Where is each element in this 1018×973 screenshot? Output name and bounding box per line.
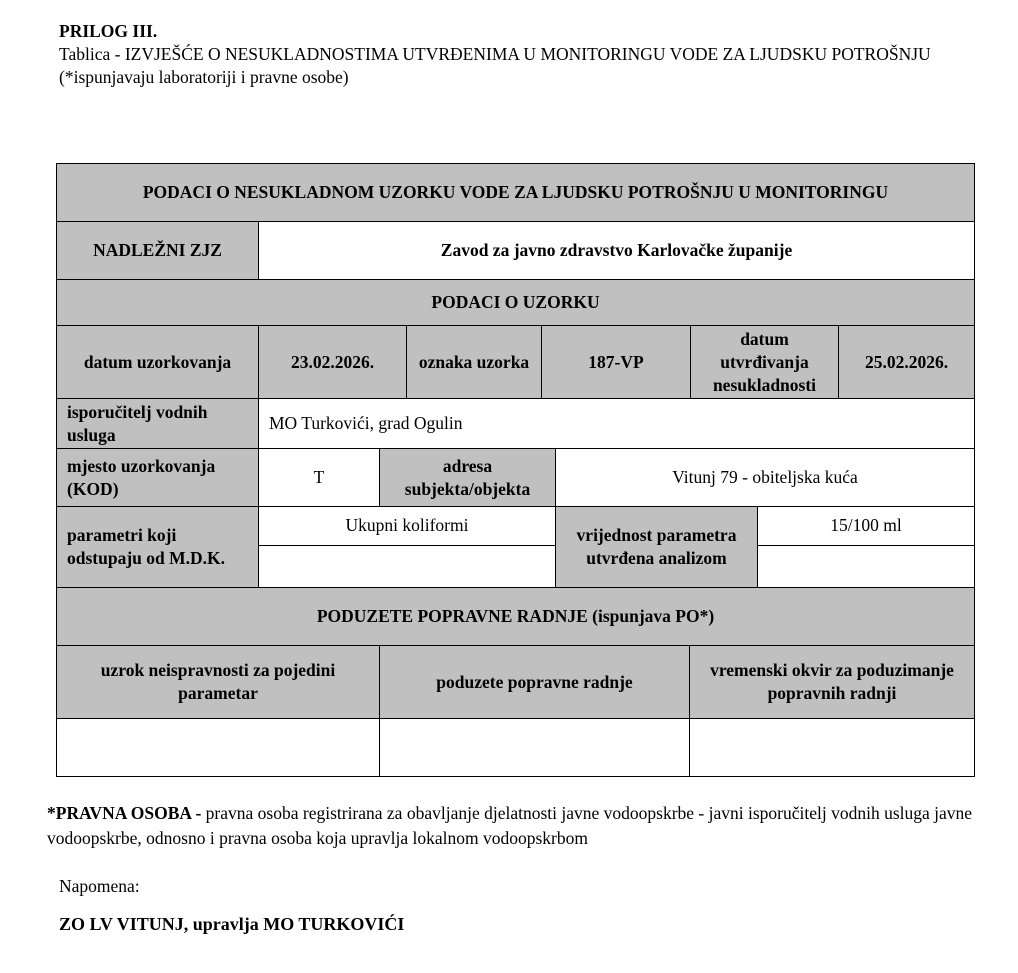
header-note: (*ispunjavaju laboratoriji i pravne osob… (59, 66, 959, 89)
footnote-term: *PRAVNA OSOBA - (47, 803, 201, 823)
table-label: Tablica - IZVJEŠĆE O NESUKLADNOSTIMA UTV… (59, 43, 959, 66)
zjz-label: NADLEŽNI ZJZ (56, 221, 259, 280)
actions-header-timeframe: vremenski okvir za poduzimanje popravnih… (689, 645, 975, 719)
remark-label: Napomena: (59, 876, 140, 897)
address-label: adresa subjekta/objekta (379, 448, 556, 507)
actions-section-title: PODUZETE POPRAVNE RADNJE (ispunjava PO*) (56, 587, 975, 646)
nonconformity-date-label: datum utvrđivanja nesukladnosti (690, 325, 839, 399)
actions-actions-cell (379, 718, 690, 777)
sample-id-value: 187-VP (541, 325, 691, 399)
nonconformity-date-value: 25.02.2026. (838, 325, 975, 399)
document-header: PRILOG III. Tablica - IZVJEŠĆE O NESUKLA… (59, 20, 959, 89)
sampling-date-value: 23.02.2026. (258, 325, 407, 399)
annex-title: PRILOG III. (59, 20, 959, 43)
footnote: *PRAVNA OSOBA - pravna osoba registriran… (47, 801, 997, 851)
supplier-label: isporučitelj vodnih usluga (56, 398, 259, 449)
sample-id-label: oznaka uzorka (406, 325, 542, 399)
actions-cause-cell (56, 718, 380, 777)
measured-value-2 (757, 545, 975, 588)
measured-value-label: vrijednost parametra utvrđena analizom (555, 506, 758, 588)
remark-text: ZO LV VITUNJ, upravlja MO TURKOVIĆI (59, 914, 404, 935)
address-value: Vitunj 79 - obiteljska kuća (555, 448, 975, 507)
form-title: PODACI O NESUKLADNOM UZORKU VODE ZA LJUD… (56, 163, 975, 222)
measured-value-1: 15/100 ml (757, 506, 975, 546)
location-label: mjesto uzorkovanja (KOD) (56, 448, 259, 507)
param-value-1: Ukupni koliformi (258, 506, 556, 546)
location-value: T (258, 448, 380, 507)
sample-section-title: PODACI O UZORKU (56, 279, 975, 326)
param-value-2 (258, 545, 556, 588)
actions-header-actions: poduzete popravne radnje (379, 645, 690, 719)
actions-timeframe-cell (689, 718, 975, 777)
supplier-value: MO Turkovići, grad Ogulin (258, 398, 975, 449)
zjz-value: Zavod za javno zdravstvo Karlovačke župa… (258, 221, 975, 280)
sampling-date-label: datum uzorkovanja (56, 325, 259, 399)
actions-header-cause: uzrok neispravnosti za pojedini parameta… (56, 645, 380, 719)
params-label: parametri koji odstupaju od M.D.K. (56, 506, 259, 588)
